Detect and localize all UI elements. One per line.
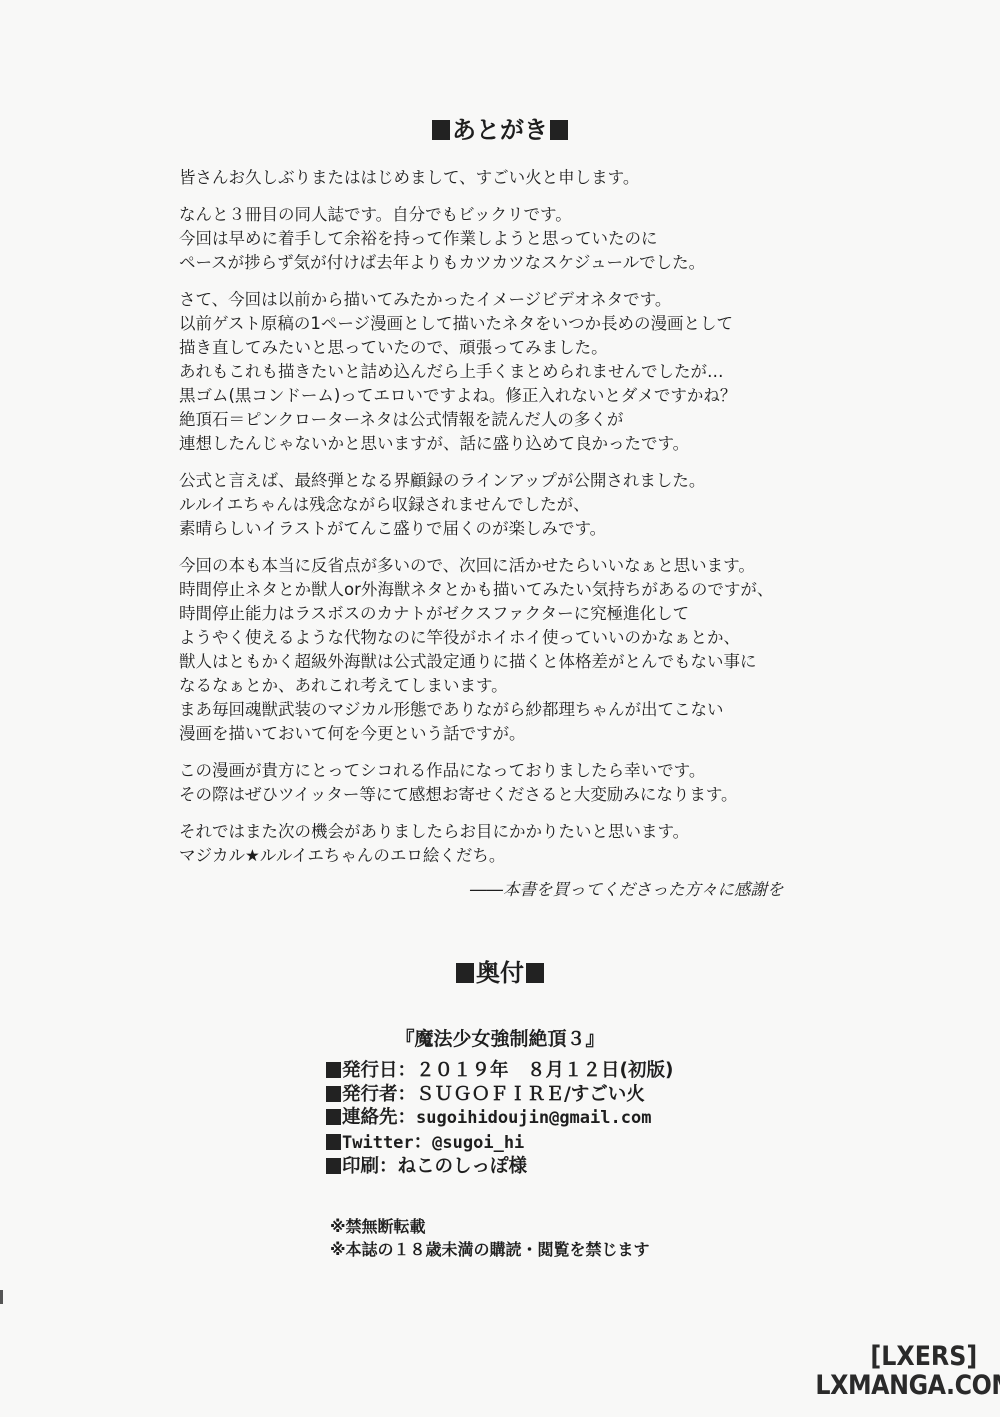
colophon-details: 発行日：２０１９年 ８月１２日(初版) 発行者：ＳＵＧＯＦＩＲＥ/すごい火 連絡…	[326, 1059, 673, 1179]
text-line: 今回の本も本当に反省点が多いので、次回に活かせたらいいなぁと思います。	[179, 554, 839, 578]
text-line: さて、今回は以前から描いてみたかったイメージビデオネタです。	[179, 288, 839, 312]
text-line: あれもこれも描きたいと詰め込んだら上手くまとめられませんでしたが…	[179, 360, 839, 384]
text-line: 黒ゴム(黒コンドーム)ってエロいですよね。修正入れないとダメですかね？	[179, 384, 839, 408]
text-line: その際はぜひツイッター等にて感想お寄せくださると大変励みになります。	[179, 783, 839, 807]
text-line: ようやく使えるような代物なのに竿役がホイホイ使っていいのかなぁとか、	[179, 626, 839, 650]
colophon-row-publish-date: 発行日：２０１９年 ８月１２日(初版)	[326, 1059, 673, 1083]
colophon-row-twitter: Twitter：@sugoi_hi	[326, 1131, 673, 1156]
text-line: ルルイエちゃんは残念ながら収録されませんでしたが、	[179, 493, 839, 517]
document-page: あとがき 皆さんお久しぶりまたははじめまして、すごい火と申します。 なんと３冊目…	[0, 0, 1000, 1417]
row-label: 発行日	[342, 1060, 398, 1081]
row-separator: ：	[398, 1107, 417, 1128]
row-value: ねこのしっぽ様	[398, 1156, 528, 1177]
square-bullet-icon	[326, 1086, 341, 1102]
square-bullet-icon	[326, 1158, 341, 1174]
notice-no-reproduction: ※禁無断転載	[330, 1215, 650, 1238]
row-label: Twitter	[342, 1133, 414, 1153]
row-label: 発行者	[342, 1084, 398, 1105]
text-line: 時間停止ネタとか獣人or外海獣ネタとかも描いてみたい気持ちがあるのですが、	[179, 578, 839, 602]
text-line: この漫画が貴方にとってシコれる作品になっておりましたら幸いです。	[179, 759, 839, 783]
colophon-row-printer: 印刷：ねこのしっぽ様	[326, 1155, 673, 1179]
book-title: 『魔法少女強制絶頂３』	[0, 1024, 1000, 1051]
text-line: 素晴らしいイラストがてんこ盛りで届くのが楽しみです。	[179, 517, 839, 541]
notices: ※禁無断転載 ※本誌の１８歳未満の購読・閲覧を禁じます	[330, 1215, 650, 1261]
square-bullet-icon	[432, 120, 450, 140]
paragraph: 公式と言えば、最終弾となる界顧録のラインアップが公開されました。 ルルイエちゃん…	[179, 469, 839, 541]
text-line: 公式と言えば、最終弾となる界顧録のラインアップが公開されました。	[179, 469, 839, 493]
square-bullet-icon	[550, 120, 568, 140]
paragraph: この漫画が貴方にとってシコれる作品になっておりましたら幸いです。 その際はぜひツ…	[179, 759, 839, 807]
colophon-heading: 奥付	[0, 953, 1000, 988]
row-label: 連絡先	[342, 1107, 398, 1128]
afterword-body: 皆さんお久しぶりまたははじめまして、すごい火と申します。 なんと３冊目の同人誌で…	[179, 166, 839, 881]
text-line: 時間停止能力はラスボスのカナトがゼクスファクターに究極進化して	[179, 602, 839, 626]
afterword-title: あとがき	[452, 116, 548, 144]
row-separator: ：	[398, 1084, 417, 1105]
square-bullet-icon	[456, 963, 474, 983]
text-line: 以前ゲスト原稿の1ページ漫画として描いたネタをいつか長めの漫画として	[179, 312, 839, 336]
square-bullet-icon	[326, 1134, 341, 1150]
colophon-row-publisher: 発行者：ＳＵＧＯＦＩＲＥ/すごい火	[326, 1083, 673, 1107]
square-bullet-icon	[526, 963, 544, 983]
text-line: 連想したんじゃないかと思いますが、話に盛り込めて良かったです。	[179, 432, 839, 456]
paragraph: 皆さんお久しぶりまたははじめまして、すごい火と申します。	[179, 166, 839, 190]
paragraph: それではまた次の機会がありましたらお目にかかりたいと思います。 マジカル★ルルイ…	[179, 820, 839, 868]
text-line: なるなぁとか、あれこれ考えてしまいます。	[179, 674, 839, 698]
text-line: 今回は早めに着手して余裕を持って作業しようと思っていたのに	[179, 227, 839, 251]
text-line: まあ毎回魂獣武装のマジカル形態でありながら紗都理ちゃんが出てこない	[179, 698, 839, 722]
text-line: マジカル★ルルイエちゃんのエロ絵くだち。	[179, 844, 839, 868]
colophon-row-contact: 連絡先：sugoihidoujin@gmail.com	[326, 1106, 673, 1131]
paragraph: 今回の本も本当に反省点が多いので、次回に活かせたらいいなぁと思います。 時間停止…	[179, 554, 839, 746]
row-separator: ：	[379, 1156, 398, 1177]
row-separator: ：	[398, 1060, 417, 1081]
paragraph: さて、今回は以前から描いてみたかったイメージビデオネタです。 以前ゲスト原稿の1…	[179, 288, 839, 456]
paragraph: なんと３冊目の同人誌です。自分でもビックリです。 今回は早めに着手して余裕を持っ…	[179, 203, 839, 275]
text-line: なんと３冊目の同人誌です。自分でもビックリです。	[179, 203, 839, 227]
colophon-title: 奥付	[476, 959, 524, 987]
scan-edge-mark	[0, 1290, 3, 1304]
text-line: 皆さんお久しぶりまたははじめまして、すごい火と申します。	[179, 166, 839, 190]
email-value: sugoihidoujin@gmail.com	[416, 1108, 651, 1128]
text-line: ペースが捗らず気が付けば去年よりもカツカツなスケジュールでした。	[179, 251, 839, 275]
watermark-line-1: [LXERS]	[833, 1342, 1000, 1371]
row-value: ２０１９年 ８月１２日(初版)	[416, 1060, 673, 1081]
row-label: 印刷	[342, 1156, 379, 1177]
watermark: [LXERS] LXMANGA.COM	[833, 1342, 1000, 1400]
text-line: 獣人はともかく超級外海獣は公式設定通りに描くと体格差がとんでもない事に	[179, 650, 839, 674]
square-bullet-icon	[326, 1062, 341, 1078]
afterword-signature: ――本書を買ってくださった方々に感謝を	[470, 876, 784, 900]
row-separator: ：	[414, 1132, 433, 1153]
notice-age-restriction: ※本誌の１８歳未満の購読・閲覧を禁じます	[330, 1238, 650, 1261]
afterword-heading: あとがき	[0, 110, 1000, 145]
row-value: ＳＵＧＯＦＩＲＥ/すごい火	[416, 1084, 645, 1105]
square-bullet-icon	[326, 1109, 341, 1125]
twitter-handle-value: @sugoi_hi	[432, 1133, 524, 1153]
text-line: 漫画を描いておいて何を今更という話ですが。	[179, 722, 839, 746]
text-line: 描き直してみたいと思っていたので、頑張ってみました。	[179, 336, 839, 360]
watermark-line-2: LXMANGA.COM	[815, 1371, 1000, 1400]
text-line: それではまた次の機会がありましたらお目にかかりたいと思います。	[179, 820, 839, 844]
text-line: 絶頂石＝ピンクローターネタは公式情報を読んだ人の多くが	[179, 408, 839, 432]
